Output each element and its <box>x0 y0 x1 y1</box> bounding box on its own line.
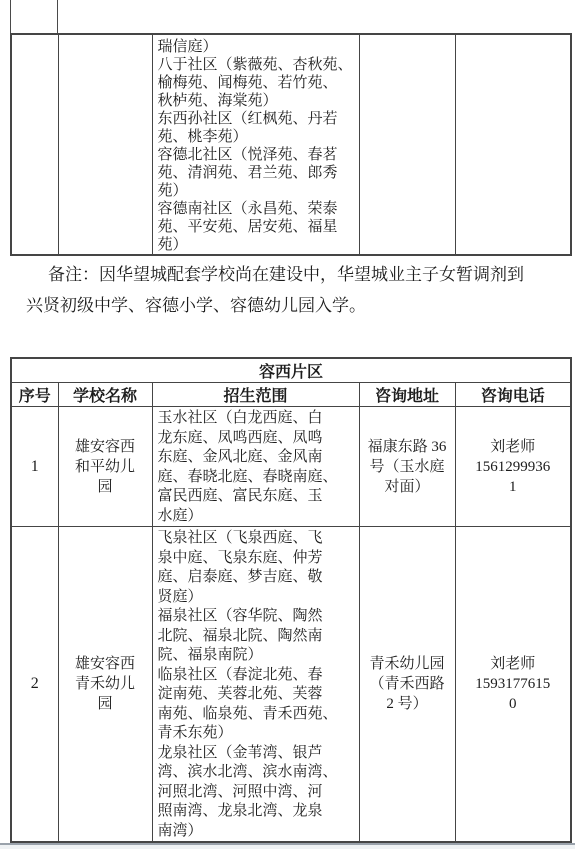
rongxi-district-table: 容西片区 序号 学校名称 招生范围 咨询地址 咨询电话 1 雄安容西 和平幼儿 … <box>10 357 572 843</box>
serial-cell: 1 <box>11 407 58 527</box>
enrollment-zone-cell: 飞泉社区（飞泉西庭、飞 泉中庭、飞泉东庭、仲芳 庭、启泰庭、梦吉庭、敬 贤庭） … <box>152 527 359 843</box>
header-school: 学校名称 <box>58 383 152 407</box>
enrollment-zone-cell: 瑞信庭） 八于社区（紫薇苑、杏秋苑、 榆梅苑、闻梅苑、若竹苑、 秋栌苑、海棠苑）… <box>152 34 359 255</box>
table-title-row: 容西片区 <box>11 358 571 383</box>
header-address: 咨询地址 <box>359 383 455 407</box>
contact-name: 刘老师 <box>456 437 571 457</box>
table-row: 瑞信庭） 八于社区（紫薇苑、杏秋苑、 榆梅苑、闻梅苑、若竹苑、 秋栌苑、海棠苑）… <box>11 34 571 255</box>
school-cell-empty <box>58 34 152 255</box>
table-row: 1 雄安容西 和平幼儿 园 玉水社区（白龙西庭、白 龙东庭、凤鸣西庭、凤鸣 东庭… <box>11 407 571 527</box>
header-zone: 招生范围 <box>152 383 359 407</box>
table-border-stub-col1 <box>57 0 58 33</box>
phone-number: 15931776150 <box>475 674 550 714</box>
header-serial: 序号 <box>11 383 58 407</box>
document-page: 瑞信庭） 八于社区（紫薇苑、杏秋苑、 榆梅苑、闻梅苑、若竹苑、 秋栌苑、海棠苑）… <box>0 0 575 849</box>
school-name-cell: 雄安容西 青禾幼儿 园 <box>58 527 152 843</box>
header-phone: 咨询电话 <box>455 383 571 407</box>
address-cell: 青禾幼儿园 （青禾西路 2 号） <box>359 527 455 843</box>
table-row: 2 雄安容西 青禾幼儿 园 飞泉社区（飞泉西庭、飞 泉中庭、飞泉东庭、仲芳 庭、… <box>11 527 571 843</box>
enrollment-zone-cell: 玉水社区（白龙西庭、白 龙东庭、凤鸣西庭、凤鸣 东庭、金风北庭、金风南 庭、春晓… <box>152 407 359 527</box>
school-name-cell: 雄安容西 和平幼儿 园 <box>58 407 152 527</box>
table-header-row: 序号 学校名称 招生范围 咨询地址 咨询电话 <box>11 383 571 407</box>
table-border-stub-left <box>10 0 11 33</box>
enrollment-table-continuation: 瑞信庭） 八于社区（紫薇苑、杏秋苑、 榆梅苑、闻梅苑、若竹苑、 秋栌苑、海棠苑）… <box>10 33 572 256</box>
address-cell-empty <box>359 34 455 255</box>
phone-cell: 刘老师 15612999361 <box>455 407 571 527</box>
page-bottom-strip <box>0 845 575 849</box>
serial-cell-empty <box>11 34 58 255</box>
table-title: 容西片区 <box>11 358 571 383</box>
phone-number: 15612999361 <box>475 457 550 497</box>
serial-cell: 2 <box>11 527 58 843</box>
contact-name: 刘老师 <box>456 654 571 674</box>
phone-cell: 刘老师 15931776150 <box>455 527 571 843</box>
phone-cell-empty <box>455 34 571 255</box>
address-cell: 福康东路 36 号（玉水庭 对面） <box>359 407 455 527</box>
remark-paragraph: 备注：因华望城配套学校尚在建设中，华望城业主子女暂调剂到 兴贤初级中学、容德小学… <box>26 259 549 321</box>
